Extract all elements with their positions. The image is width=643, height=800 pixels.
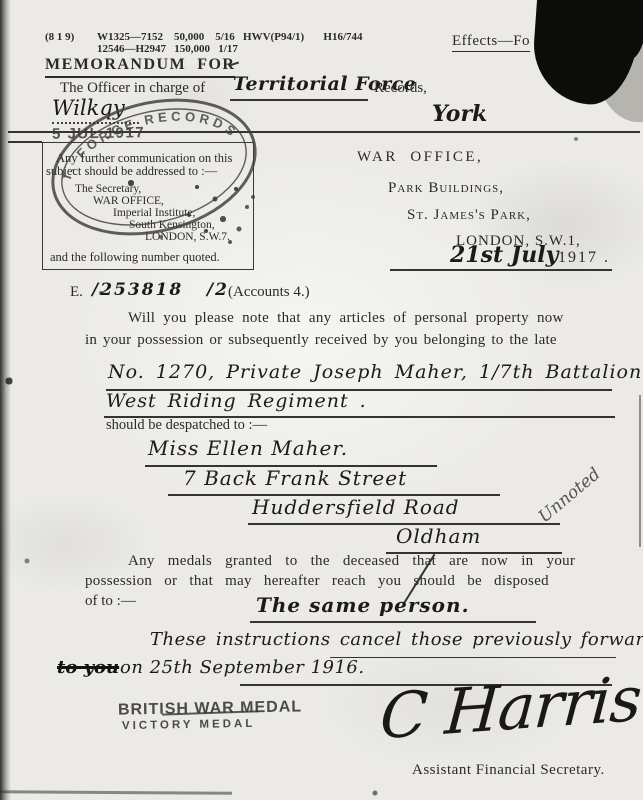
date-year: 1917 . — [558, 249, 610, 267]
records-stamp: T. FORCE RECORDS — [44, 80, 264, 254]
margin-annotation-handwritten: Unnoted — [535, 465, 604, 528]
right-fold-line — [639, 395, 641, 547]
reference-suffix: (Accounts 4.) — [228, 284, 310, 301]
signature-handwritten: C Harris — [378, 663, 643, 753]
form-codes-line2: 12546—H2947 150,000 1/17 — [97, 43, 238, 56]
para1-line1: Will you please note that any articles o… — [128, 310, 564, 327]
margin-dash — [8, 141, 42, 143]
addressee-suffix: Records, — [374, 80, 427, 97]
date-underline — [390, 269, 612, 271]
para2-line3: of to :— — [85, 593, 136, 610]
memorandum-document: (8 1 9) W1325—7152 50,000 5/16 HWV(P94/1… — [0, 0, 643, 800]
ink-speckles — [0, 0, 2, 2]
reference-number-handwritten: /253818 /2 — [92, 281, 229, 301]
deceased-line2-handwritten: West Riding Regiment . — [106, 391, 367, 413]
medals-recipient-handwritten: The same person. — [256, 594, 470, 617]
para2-line1: Any medals granted to the deceased that … — [128, 553, 575, 570]
cancel-struck-handwritten: to you — [57, 658, 119, 679]
recipient-street-handwritten: 7 Back Frank Street — [183, 467, 407, 490]
effects-label: Effects—Fo — [452, 33, 530, 52]
date-handwritten: 21st July — [450, 243, 558, 268]
addressee-location-handwritten: York — [432, 102, 487, 127]
form-code-group: (8 1 9) — [45, 31, 74, 44]
despatch-label: should be despatched to :— — [106, 417, 267, 434]
war-office-line1: WAR OFFICE, — [357, 149, 483, 166]
war-office-line3: St. James's Park, — [407, 207, 531, 224]
medal-stamp-line1: BRITISH WAR MEDAL — [118, 698, 302, 720]
form-codes-line1: W1325—7152 50,000 5/16 HWV(P94/1) H16/74… — [97, 31, 363, 44]
para1-line2: in your possession or subsequently recei… — [85, 332, 557, 349]
deceased-line1-handwritten: No. 1270, Private Joseph Maher, 1/7th Ba… — [108, 362, 642, 384]
scan-edge-left — [0, 0, 11, 800]
recipient-road-handwritten: Huddersfield Road — [252, 496, 460, 519]
cancel-line1-handwritten: These instructions cancel those previous… — [150, 630, 643, 651]
medal-stamp-line2: VICTORY MEDAL — [122, 718, 256, 734]
para2-line2: possession or that may hereafter reach y… — [85, 573, 549, 590]
war-office-line2: Park Buildings, — [388, 180, 504, 197]
recipient-town-handwritten: Oldham — [396, 525, 481, 548]
cancel-underline1 — [330, 657, 616, 658]
cancel-line2-handwritten: on 25th September 1916. — [120, 658, 365, 679]
signature-title: Assistant Financial Secretary. — [412, 762, 605, 779]
medals-underline — [250, 621, 536, 623]
bottom-smudge — [0, 790, 232, 794]
reference-prefix: E. — [70, 284, 83, 301]
memorandum-title: MEMORANDUM FOR — [45, 56, 235, 78]
recipient-name-handwritten: Miss Ellen Maher. — [148, 437, 348, 460]
